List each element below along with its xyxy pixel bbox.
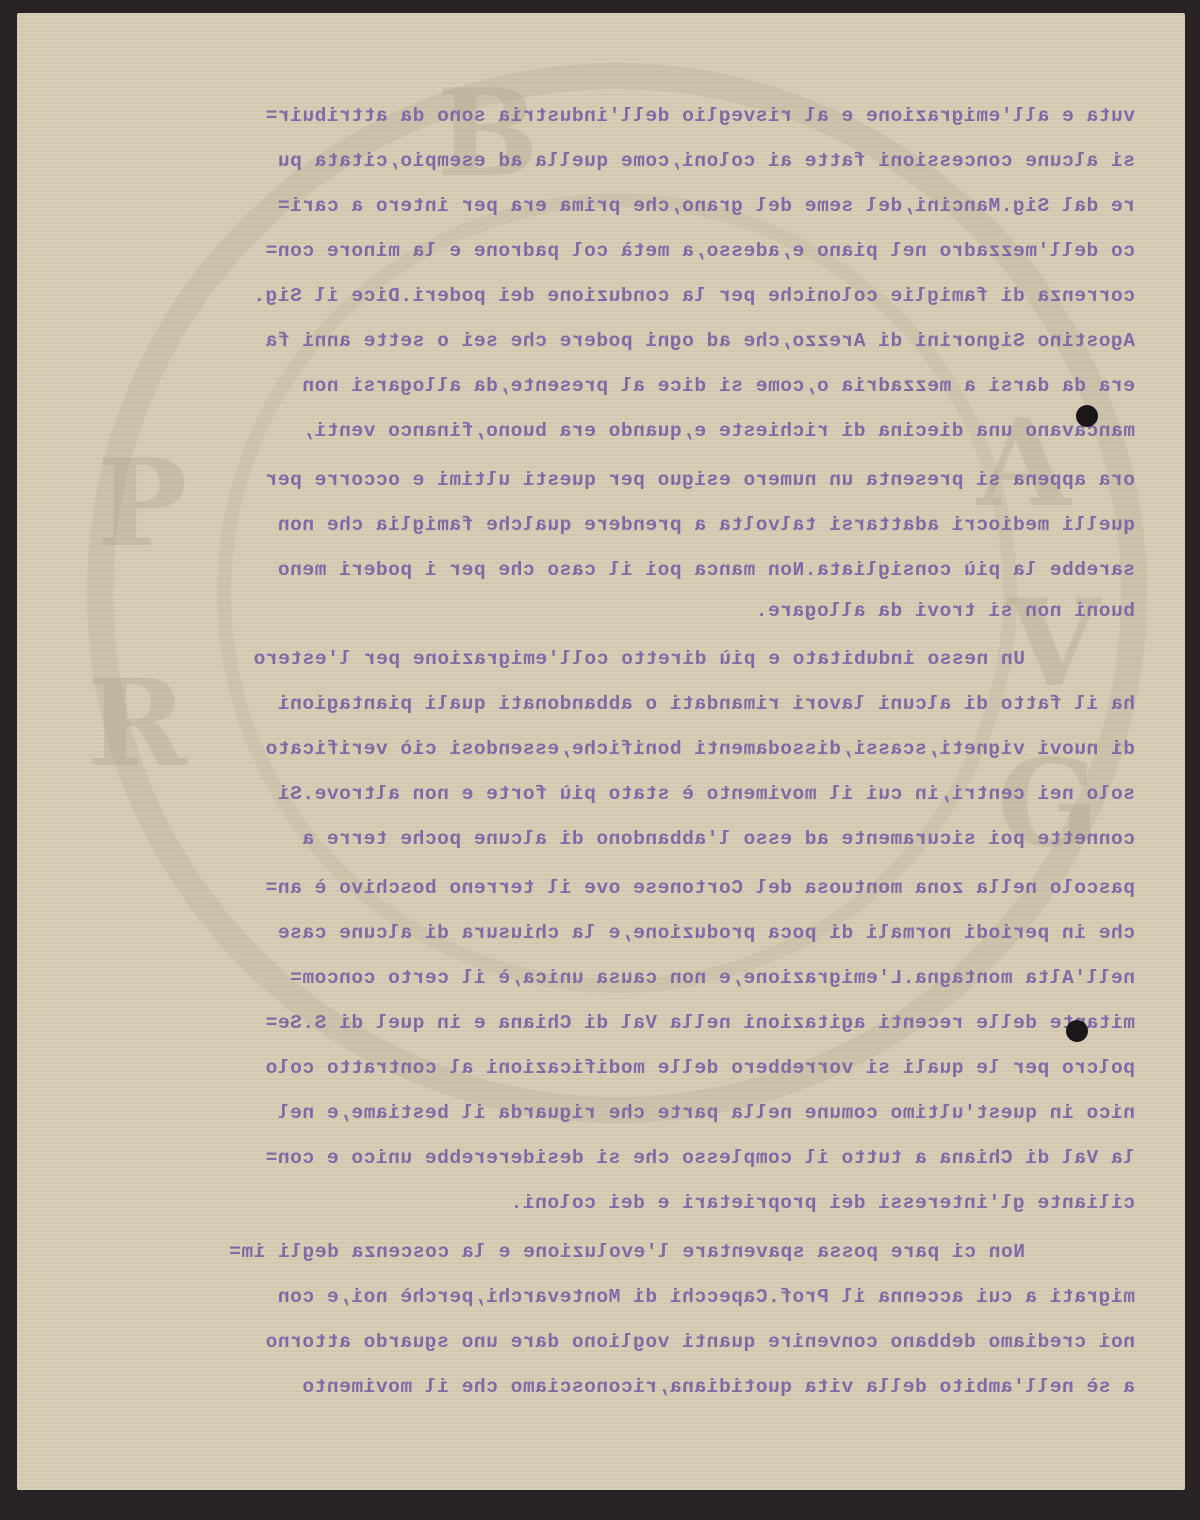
text-line: nell'Alta montagna.L'emigrazione,e non c… xyxy=(290,967,1135,989)
text-line: buoni non si trovi da allogare. xyxy=(755,600,1135,622)
text-line: ciliante gl'interessi dei proprietari e … xyxy=(510,1192,1135,1214)
text-line: era da darsi a mezzadria o,come si dice … xyxy=(302,375,1135,397)
text-line: polcro per le quali si vorrebbero delle … xyxy=(265,1057,1135,1079)
document-page: A V G P R B vuta e all'emigrazione e al … xyxy=(17,13,1185,1490)
text-line: nico in quest'ultimo comune nella parte … xyxy=(277,1102,1135,1124)
text-line: Un nesso indubitato e più diretto coll'e… xyxy=(253,648,1025,670)
text-line: mancavano una diecina di richieste e,qua… xyxy=(302,420,1135,442)
text-line: Agostino Signorini di Arezzo,che ad ogni… xyxy=(265,330,1135,352)
text-line: vuta e all'emigrazione e al risveglio de… xyxy=(265,105,1135,127)
text-line: noi crediamo debbano convenire quanti vo… xyxy=(265,1331,1135,1353)
text-line: che in periodi normali di poca produzion… xyxy=(277,922,1135,944)
watermark-letter: B xyxy=(437,63,538,204)
punch-hole xyxy=(1076,405,1098,427)
punch-hole xyxy=(1066,1020,1088,1042)
text-line: a sè nell'ambito della vita quotidiana,r… xyxy=(302,1376,1135,1398)
text-line: solo nei centri,in cui il movimento è st… xyxy=(277,783,1135,805)
text-line: si alcune concessioni fatte ai coloni,co… xyxy=(277,150,1135,172)
watermark-letter: A xyxy=(977,393,1070,534)
watermark-seal-inner xyxy=(217,193,1017,993)
text-line: correnza di famiglie coloniche per la co… xyxy=(253,285,1135,307)
text-line: ora appena si presenta un numero esiguo … xyxy=(265,469,1135,491)
text-line: quelli mediocri adattarsi talvolta a pre… xyxy=(277,514,1135,536)
text-line: la Val di Chiana a tutto il complesso ch… xyxy=(265,1147,1135,1169)
text-line: migrati a cui accenna il Prof.Capecchi d… xyxy=(277,1286,1135,1308)
text-line: mitante delle recenti agitazioni nella V… xyxy=(265,1012,1135,1034)
text-line: re dal Sig.Mancini,del seme del grano,ch… xyxy=(277,195,1135,217)
text-line: sarebbe la più consigliata.Non manca poi… xyxy=(277,559,1135,581)
watermark-letter: R xyxy=(87,653,187,794)
text-line: pascolo nella zona montuosa del Cortones… xyxy=(265,877,1135,899)
text-line: co dell'mezzadro nel piano e,adesso,a me… xyxy=(265,240,1135,262)
text-line: connette poi sicuramente ad esso l'abban… xyxy=(302,828,1135,850)
watermark-letter: P xyxy=(97,433,187,574)
text-line: ha il fatto di alcuni lavori rimandati o… xyxy=(277,693,1135,715)
text-line: di nuovi vigneti,scassi,dissodamenti bon… xyxy=(265,738,1135,760)
text-line: Non ci pare possa spaventare l'evoluzion… xyxy=(229,1241,1025,1263)
